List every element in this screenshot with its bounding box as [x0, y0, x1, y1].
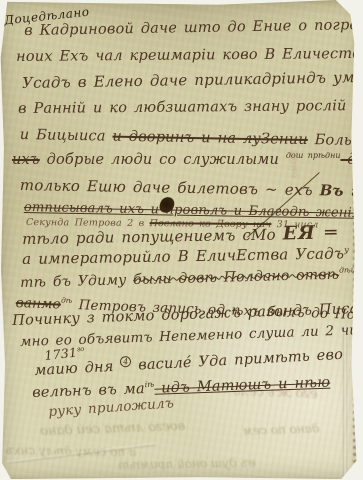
handwritten-text: Боль — [308, 132, 352, 149]
handwritten-text: тѣло ради попущениемъ сМо — [22, 225, 283, 248]
handwritten-text: ЕЯ ═ — [283, 221, 338, 244]
handwritten-text: да ишудѣ — [340, 152, 363, 168]
handwritten-line: велѣнъ въ маіѣ идъ Матюшъ и нѣю — [32, 376, 330, 401]
handwritten-text: в Кадриновой даче што до Ение о погред л… — [24, 16, 363, 39]
handwritten-text: тѣ бъ Удиму — [20, 272, 133, 291]
handwritten-text: только Ешю даче билетовъ ~ ехъ — [20, 176, 320, 199]
handwritten-line: ихъ добрые люди со служилыми дош прѣдни … — [12, 153, 363, 168]
scan-background: { "manuscript": { "margin_note": "Доцедѣ… — [0, 0, 363, 480]
handwritten-line: в Кадриновой даче што до Ение о погред л… — [24, 17, 363, 38]
handwritten-text: 4 — [120, 356, 132, 368]
handwritten-text: горо — [344, 182, 363, 201]
handwritten-line: только Ешю даче билетовъ ~ ехъ Въ гороЕ — [20, 178, 363, 200]
handwritten-text: и дворинъ и на луЗении — [112, 129, 308, 148]
handwritten-line: руку приложилъ — [48, 397, 174, 419]
handwritten-text: дѣ — [61, 296, 73, 305]
handwritten-text: Усадъ в Елено даче приликадріиндъ умо — [22, 68, 363, 92]
handwritten-line: в Ранній и ко любзшатахъ знану рослій — [18, 99, 347, 116]
handwritten-line: ноих Ехъ чал крешмаріи ково В Еличества — [16, 47, 363, 65]
handwritten-text: ноих Ехъ чал крешмаріи ково В Еличества — [16, 46, 363, 65]
handwritten-text: у — [344, 244, 349, 254]
handwritten-text: іѣ — [145, 380, 155, 389]
handwritten-text: го — [76, 345, 84, 354]
handwritten-text: дѣй — [339, 265, 356, 274]
handwritten-line: тѣ бъ Удиму были довѣ Полдано отвѣдѣй — [20, 267, 356, 290]
handwritten-text: добрые люди со служилыми — [40, 152, 286, 168]
handwritten-text: дош прѣдни — [286, 151, 341, 160]
handwritten-text: идъ Матюшъ и нѣю — [154, 375, 330, 397]
handwritten-text: Въ — [320, 181, 344, 199]
handwritten-text: ихъ — [12, 152, 40, 168]
handwritten-line: а императорийло В ЕличЕства Усадъу — [22, 246, 349, 267]
handwritten-text: ванмо — [16, 295, 62, 313]
paper-sheet: воєго лѣта сей даноа по сему дѣлу снхъвъ… — [0, 0, 363, 480]
handwritten-line: и Бицыиса и дворинъ и на луЗении Боль — [20, 128, 352, 148]
handwritten-text: и Бицыиса — [20, 127, 113, 145]
handwritten-text: а императорийло В ЕличЕства Усадъ — [22, 244, 344, 268]
handwritten-text: маию дня — [34, 358, 121, 378]
handwritten-text: василе́ Уда примѣть ево — [131, 347, 343, 374]
handwritten-text: в Ранній и ко любзшатахъ знану рослій — [18, 98, 347, 117]
handwritten-line: Усадъ в Елено даче приликадріиндъ умо — [22, 70, 363, 91]
manuscript-lines: в Кадриновой даче што до Ение о погред л… — [0, 0, 363, 480]
handwritten-text: были довѣ Полдано отвѣ — [133, 267, 339, 288]
